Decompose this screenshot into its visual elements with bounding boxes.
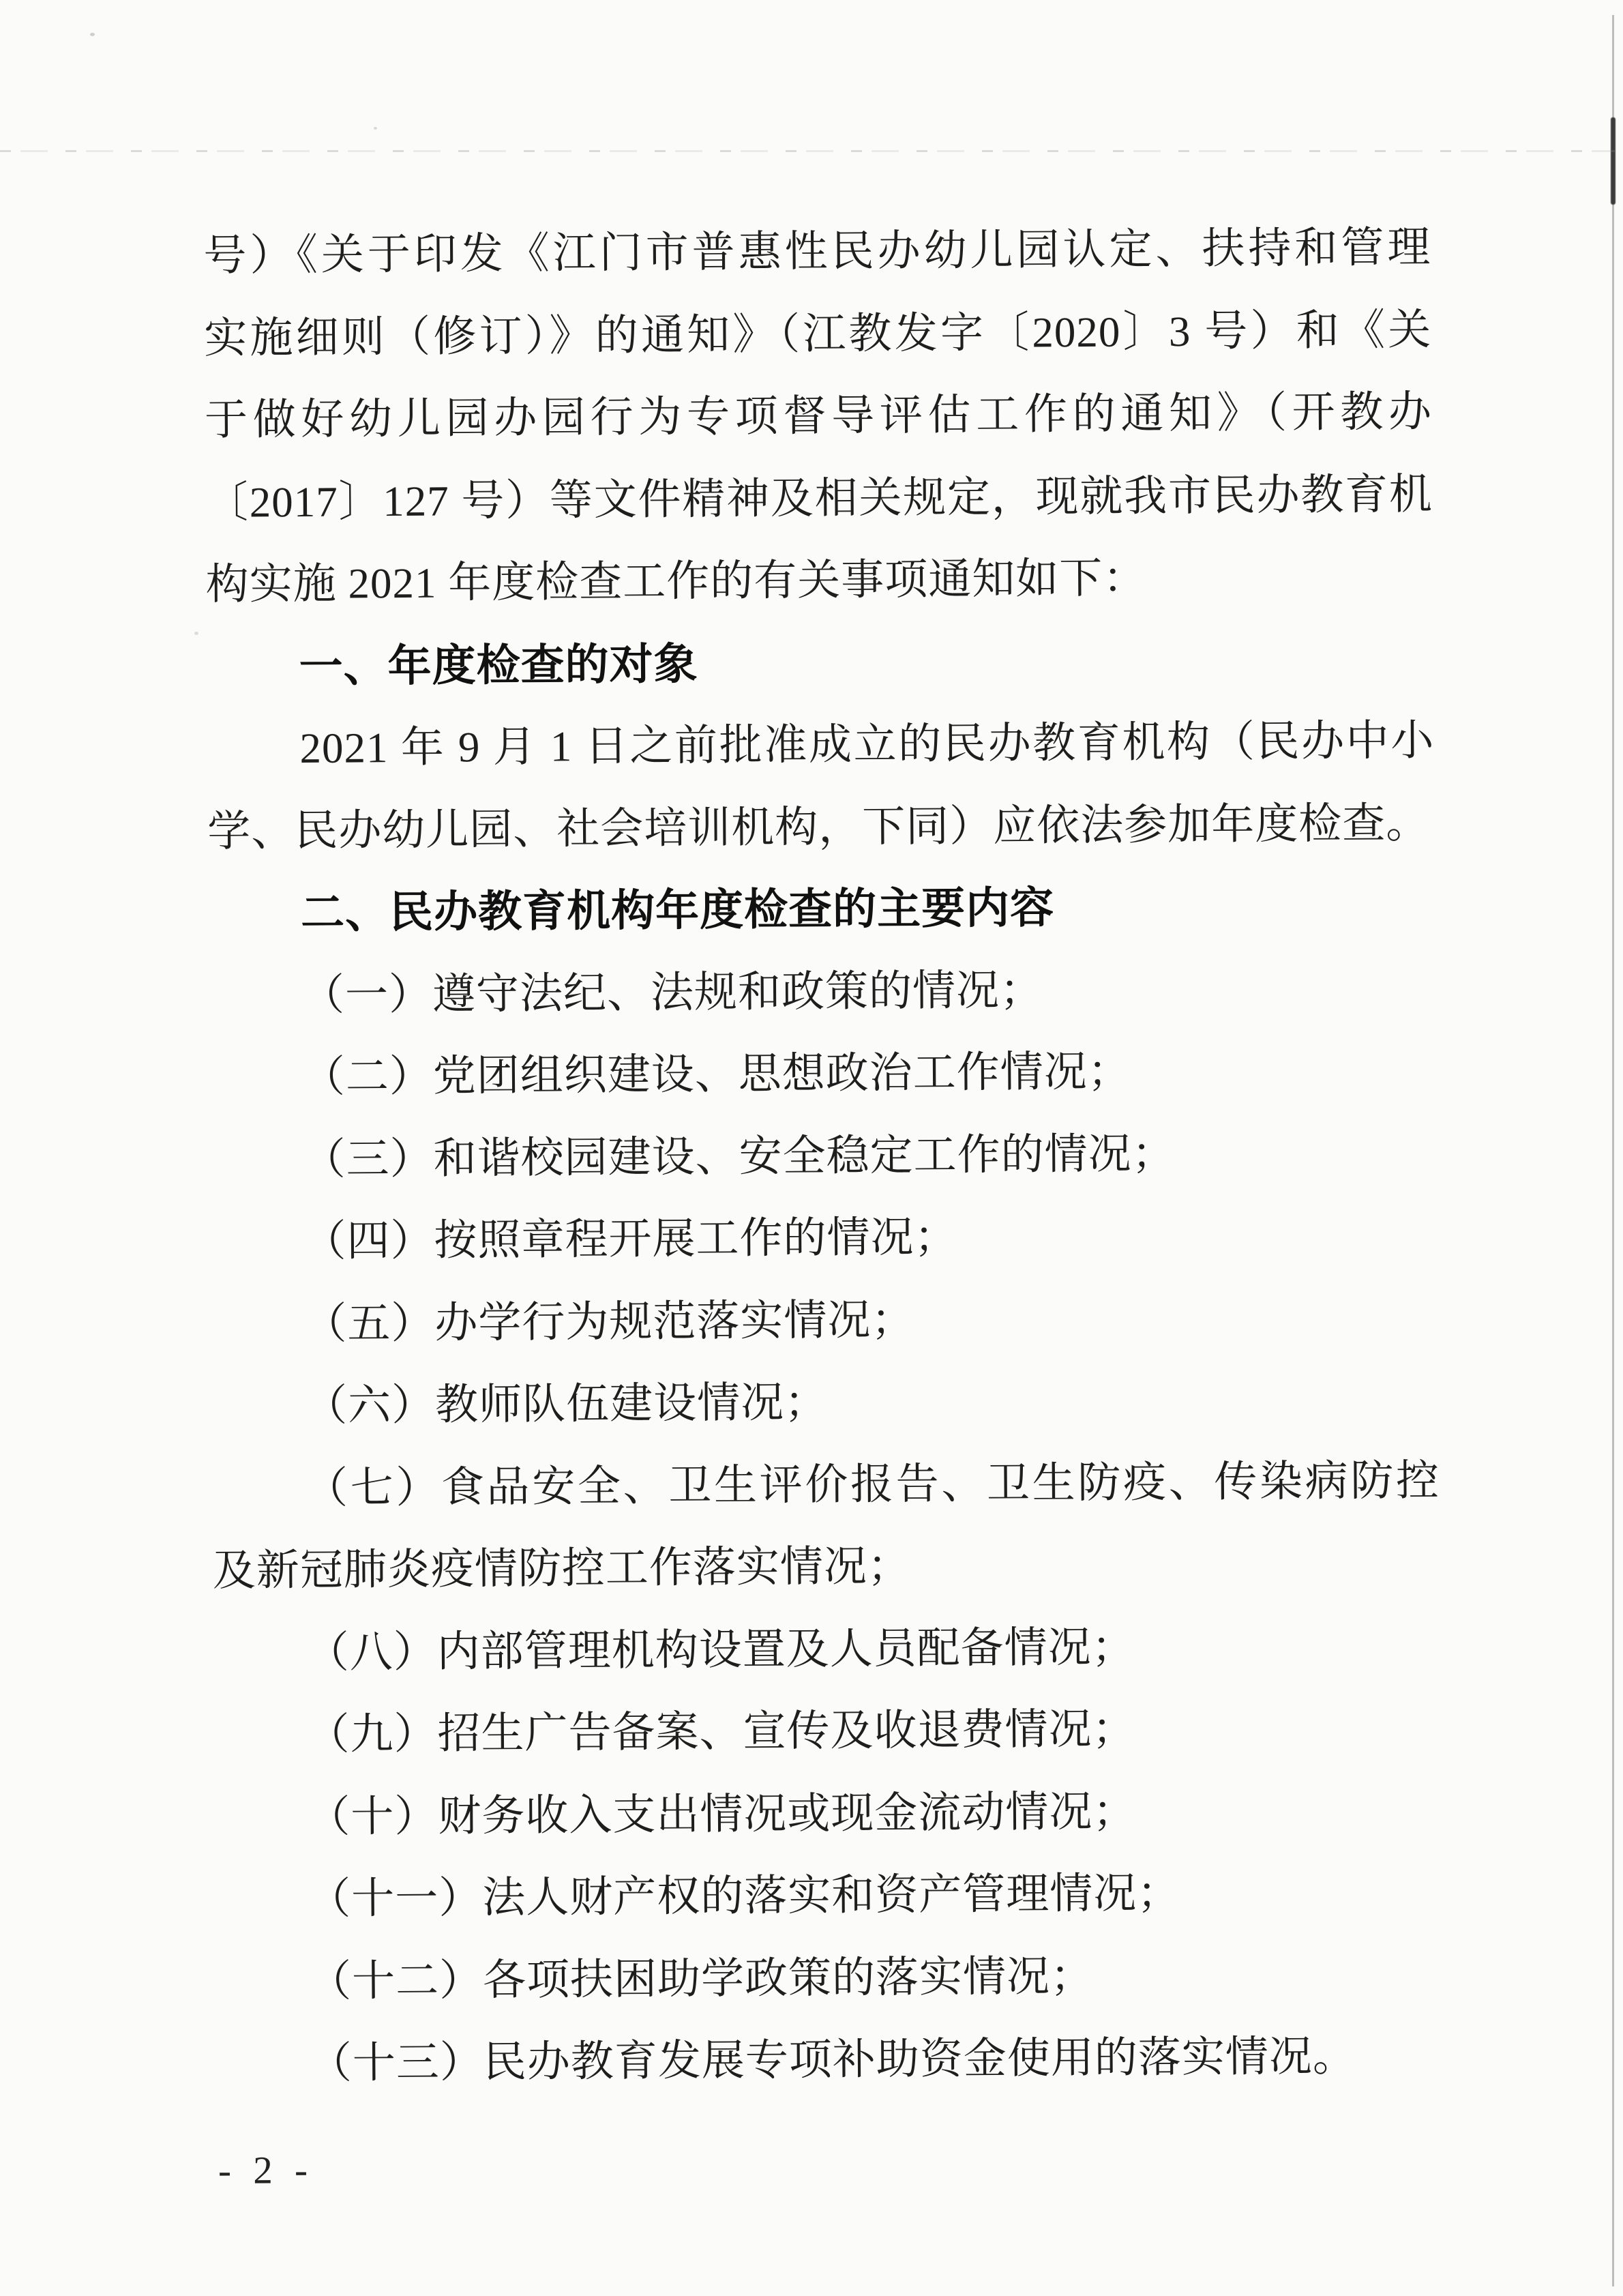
scan-speck [194, 632, 198, 635]
scan-speck [90, 33, 95, 36]
document-page: 号）《关于印发《江门市普惠性民办幼儿园认定、扶持和管理 实施细则（修订）》的通知… [0, 0, 1623, 2296]
list-item: （十二）各项扶困助学政策的落实情况； [215, 1932, 1444, 2023]
list-item: （七）食品安全、卫生评价报告、卫生防疫、传染病防控 [212, 1439, 1440, 1530]
section-heading-2: 二、民办教育机构年度检查的主要内容 [208, 864, 1436, 954]
scan-edge-line [1612, 15, 1614, 2286]
list-item: （二）党团组织建设、思想政治工作情况； [209, 1028, 1437, 1119]
list-item: （八）内部管理机构设置及人员配备情况； [213, 1604, 1441, 1694]
list-item: （三）和谐校园建设、安全稳定工作的情况； [209, 1110, 1438, 1201]
text-line: 号）《关于印发《江门市普惠性民办幼儿园认定、扶持和管理 [203, 206, 1431, 297]
text-line: 2021 年 9 月 1 日之前批准成立的民办教育机构（民办中小 [207, 699, 1435, 790]
list-item: （四）按照章程开展工作的情况； [210, 1192, 1438, 1283]
scan-speck [374, 127, 377, 130]
list-item: （一）遵守法纪、法规和政策的情况； [209, 946, 1437, 1037]
text-line: 及新冠肺炎疫情防控工作落实情况； [212, 1521, 1440, 1612]
scan-edge-mark [1611, 117, 1615, 205]
document-body: 号）《关于印发《江门市普惠性民办幼儿园认定、扶持和管理 实施细则（修订）》的通知… [203, 206, 1444, 2105]
list-item: （九）招生广告备案、宣传及收退费情况； [213, 1686, 1442, 1776]
text-line: 〔2017〕127 号）等文件精神及相关规定，现就我市民办教育机 [205, 453, 1433, 544]
list-item: （六）教师队伍建设情况； [211, 1357, 1440, 1447]
scan-noise-line [0, 150, 1615, 152]
section-heading-1: 一、年度检查的对象 [206, 617, 1434, 708]
list-item: （五）办学行为规范落实情况； [211, 1275, 1439, 1366]
list-item: （十一）法人财产权的落实和资产管理情况； [215, 1850, 1443, 1941]
list-item: （十三）民办教育发展专项补助资金使用的落实情况。 [215, 2014, 1444, 2105]
text-line: 学、民办幼儿园、社会培训机构，下同）应依法参加年度检查。 [207, 782, 1435, 872]
text-line: 于做好幼儿园办园行为专项督导评估工作的通知》（开教办 [205, 370, 1433, 461]
list-item: （十）财务收入支出情况或现金流动情况； [214, 1768, 1442, 1859]
text-line: 实施细则（修订）》的通知》（江教发字〔2020〕3 号）和《关 [204, 289, 1432, 379]
text-line: 构实施 2021 年度检查工作的有关事项通知如下： [205, 535, 1433, 625]
page-number: - 2 - [218, 2148, 314, 2193]
scanned-sheet: 号）《关于印发《江门市普惠性民办幼儿园认定、扶持和管理 实施细则（修订）》的通知… [0, 0, 1623, 2296]
